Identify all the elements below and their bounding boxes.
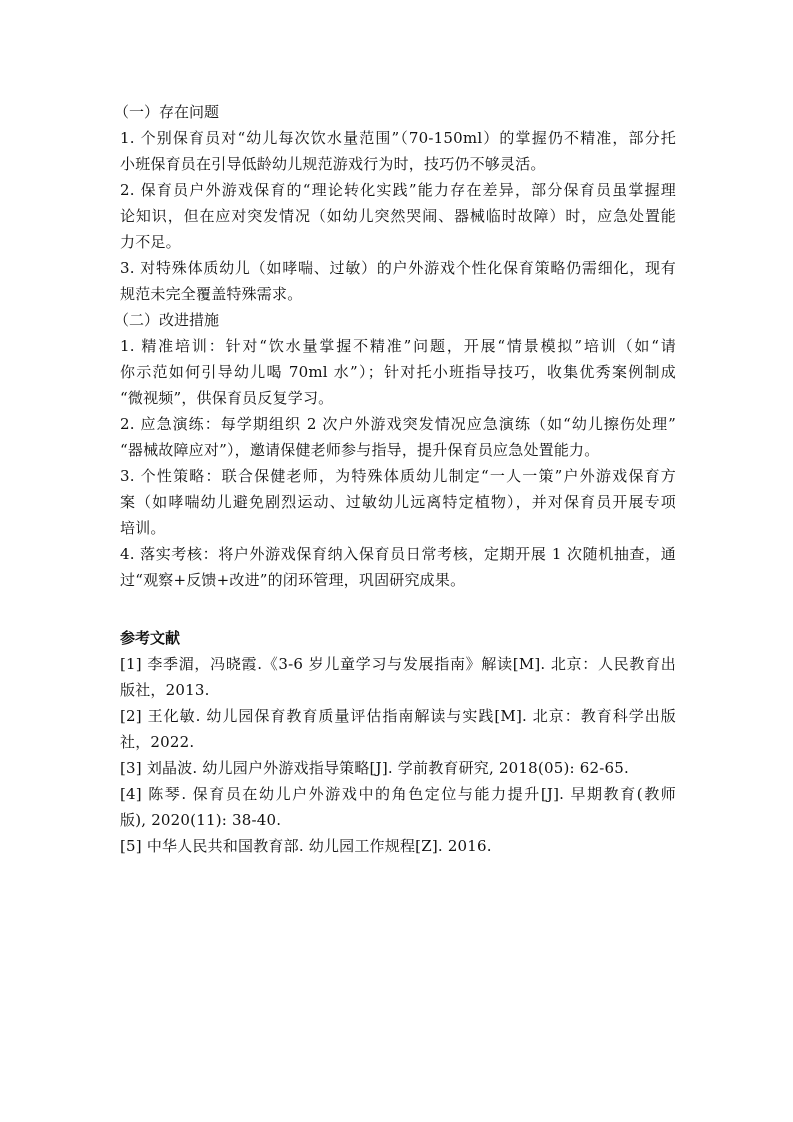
text-line: 论知识，但在应对突发情况（如幼儿突然哭闹、器械临时故障）时，应急处置能 (120, 203, 676, 229)
reference-item-4: [4] 陈琴. 保育员在幼儿户外游戏中的角色定位与能力提升[J]. 早期教育(教… (120, 781, 676, 833)
measure-item-2: 2. 应急演练：每学期组织 2 次户外游戏突发情况应急演练（如“幼儿擦伤处理” … (120, 411, 676, 463)
text-line: [1] 李季湄，冯晓霞.《3-6 岁儿童学习与发展指南》解读[M]. 北京：人民… (120, 651, 676, 677)
text-line: [4] 陈琴. 保育员在幼儿户外游戏中的角色定位与能力提升[J]. 早期教育(教… (120, 781, 676, 807)
text-line: 培训。 (120, 515, 676, 541)
measure-item-4: 4. 落实考核：将户外游戏保育纳入保育员日常考核，定期开展 1 次随机抽查，通 … (120, 541, 676, 593)
text-line: 过“观察+反馈+改进”的闭环管理，巩固研究成果。 (120, 567, 676, 593)
references-heading: 参考文献 (120, 625, 676, 651)
problem-item-1: 1. 个别保育员对“幼儿每次饮水量范围”（70-150ml）的掌握仍不精准，部分… (120, 125, 676, 177)
blank-line (120, 593, 676, 619)
reference-item-3: [3] 刘晶波. 幼儿园户外游戏指导策略[J]. 学前教育研究, 2018(05… (120, 755, 676, 781)
text-line: 2. 保育员户外游戏保育的“理论转化实践”能力存在差异，部分保育员虽掌握理 (120, 177, 676, 203)
text-line: [3] 刘晶波. 幼儿园户外游戏指导策略[J]. 学前教育研究, 2018(05… (120, 755, 676, 781)
problem-item-3: 3. 对特殊体质幼儿（如哮喘、过敏）的户外游戏个性化保育策略仍需细化，现有 规范… (120, 255, 676, 307)
problem-item-2: 2. 保育员户外游戏保育的“理论转化实践”能力存在差异，部分保育员虽掌握理 论知… (120, 177, 676, 255)
text-line: 你示范如何引导幼儿喝 70ml 水”）；针对托小班指导技巧，收集优秀案例制成 (120, 359, 676, 385)
section-heading-problems: （一）存在问题 (114, 99, 676, 125)
measure-item-3: 3. 个性策略：联合保健老师，为特殊体质幼儿制定“一人一策”户外游戏保育方 案（… (120, 463, 676, 541)
text-line: 3. 个性策略：联合保健老师，为特殊体质幼儿制定“一人一策”户外游戏保育方 (120, 463, 676, 489)
reference-item-1: [1] 李季湄，冯晓霞.《3-6 岁儿童学习与发展指南》解读[M]. 北京：人民… (120, 651, 676, 703)
text-line: 力不足。 (120, 229, 676, 255)
text-line: 1. 精准培训：针对“饮水量掌握不精准”问题，开展“情景模拟”培训（如“请 (120, 333, 676, 359)
section-heading-measures: （二）改进措施 (114, 307, 676, 333)
text-line: “器械故障应对”），邀请保健老师参与指导，提升保育员应急处置能力。 (120, 437, 676, 463)
text-line: 1. 个别保育员对“幼儿每次饮水量范围”（70-150ml）的掌握仍不精准，部分… (120, 125, 676, 151)
measure-item-1: 1. 精准培训：针对“饮水量掌握不精准”问题，开展“情景模拟”培训（如“请 你示… (120, 333, 676, 411)
text-line: 规范未完全覆盖特殊需求。 (120, 281, 676, 307)
reference-item-2: [2] 王化敏. 幼儿园保育教育质量评估指南解读与实践[M]. 北京：教育科学出… (120, 703, 676, 755)
text-line: 2. 应急演练：每学期组织 2 次户外游戏突发情况应急演练（如“幼儿擦伤处理” (120, 411, 676, 437)
document-page: （一）存在问题 1. 个别保育员对“幼儿每次饮水量范围”（70-150ml）的掌… (120, 99, 676, 859)
text-line: [5] 中华人民共和国教育部. 幼儿园工作规程[Z]. 2016. (120, 833, 676, 859)
text-line: 小班保育员在引导低龄幼儿规范游戏行为时，技巧仍不够灵活。 (120, 151, 676, 177)
text-line: 4. 落实考核：将户外游戏保育纳入保育员日常考核，定期开展 1 次随机抽查，通 (120, 541, 676, 567)
text-line: 案（如哮喘幼儿避免剧烈运动、过敏幼儿远离特定植物），并对保育员开展专项 (120, 489, 676, 515)
text-line: 版社，2013. (120, 677, 676, 703)
text-line: 3. 对特殊体质幼儿（如哮喘、过敏）的户外游戏个性化保育策略仍需细化，现有 (120, 255, 676, 281)
text-line: [2] 王化敏. 幼儿园保育教育质量评估指南解读与实践[M]. 北京：教育科学出… (120, 703, 676, 729)
reference-item-5: [5] 中华人民共和国教育部. 幼儿园工作规程[Z]. 2016. (120, 833, 676, 859)
text-line: 版), 2020(11): 38-40. (120, 807, 676, 833)
text-line: 社，2022. (120, 729, 676, 755)
text-line: “微视频”，供保育员反复学习。 (120, 385, 676, 411)
